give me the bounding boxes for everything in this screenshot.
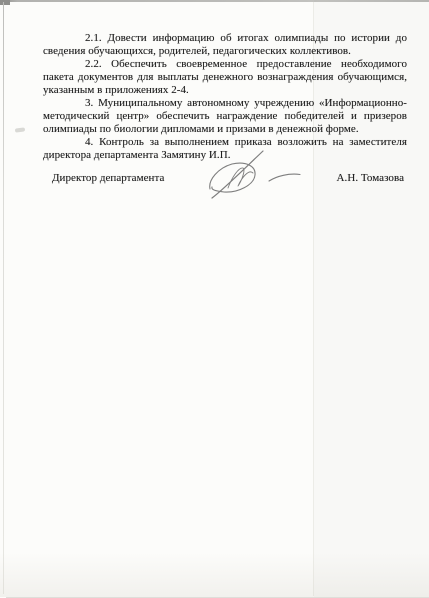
scan-artifact-mark <box>15 127 25 132</box>
scan-edge-left <box>3 2 4 594</box>
scan-edge-top-left-corner <box>0 0 10 5</box>
handwritten-signature-icon <box>190 147 310 205</box>
paragraph-3: 3. Муниципальному автономному учреждению… <box>43 97 407 136</box>
signer-name: А.Н. Томазова <box>300 172 404 185</box>
scan-bottom-shading <box>0 552 429 597</box>
scanned-document-page: 2.1. Довести информацию об итогах олимпи… <box>0 0 429 598</box>
paragraph-2-2: 2.2. Обеспечить своевременное предоставл… <box>43 58 407 97</box>
document-body: 2.1. Довести информацию об итогах олимпи… <box>43 32 407 162</box>
signer-position-label: Директор департамента <box>52 172 164 185</box>
paragraph-2-1: 2.1. Довести информацию об итогах олимпи… <box>43 32 407 58</box>
